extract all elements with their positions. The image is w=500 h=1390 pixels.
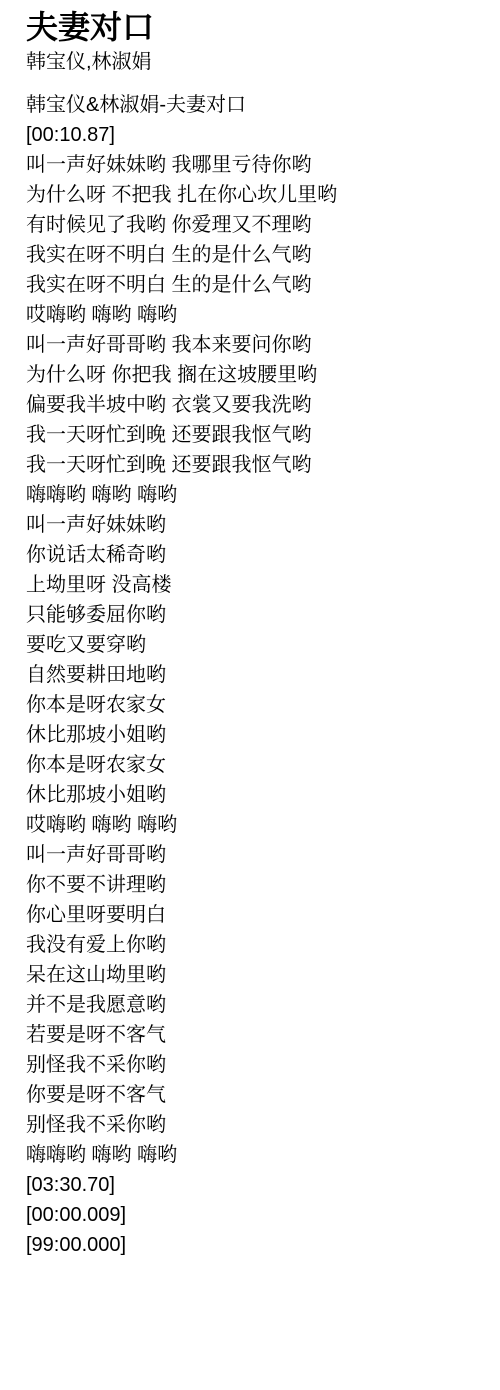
lyric-line: 别怪我不采你哟 — [26, 1050, 482, 1080]
lyric-line: 哎嗨哟 嗨哟 嗨哟 — [26, 300, 482, 330]
lyric-line: 哎嗨哟 嗨哟 嗨哟 — [26, 810, 482, 840]
lyric-line: 我一天呀忙到晚 还要跟我怄气哟 — [26, 450, 482, 480]
lyric-line: 呆在这山坳里哟 — [26, 960, 482, 990]
lyric-line: 嗨嗨哟 嗨哟 嗨哟 — [26, 1140, 482, 1170]
lyric-line: 休比那坡小姐哟 — [26, 780, 482, 810]
lyric-line: 只能够委屈你哟 — [26, 600, 482, 630]
lyric-line: 自然要耕田地哟 — [26, 660, 482, 690]
lyric-line: 你不要不讲理哟 — [26, 870, 482, 900]
lyric-line: 韩宝仪&林淑娟-夫妻对口 — [26, 90, 482, 120]
lyric-line: 休比那坡小姐哟 — [26, 720, 482, 750]
lyric-line: 叫一声好妹妹哟 我哪里亏待你哟 — [26, 150, 482, 180]
lyric-line: 你心里呀要明白 — [26, 900, 482, 930]
lyric-line: 有时候见了我哟 你爱理又不理哟 — [26, 210, 482, 240]
lyric-line: 你本是呀农家女 — [26, 690, 482, 720]
lyric-line: 为什么呀 你把我 搁在这坡腰里哟 — [26, 360, 482, 390]
lyric-line: [00:10.87] — [26, 120, 482, 150]
lyric-line: 你要是呀不客气 — [26, 1080, 482, 1110]
artist-names: 韩宝仪,林淑娟 — [26, 50, 482, 74]
lyrics-block: 韩宝仪&林淑娟-夫妻对口[00:10.87]叫一声好妹妹哟 我哪里亏待你哟为什么… — [26, 90, 482, 1260]
lyrics-page: 夫妻对口 韩宝仪,林淑娟 韩宝仪&林淑娟-夫妻对口[00:10.87]叫一声好妹… — [0, 0, 500, 1260]
lyric-line: [00:00.009] — [26, 1200, 482, 1230]
lyric-line: 嗨嗨哟 嗨哟 嗨哟 — [26, 480, 482, 510]
lyric-line: 我实在呀不明白 生的是什么气哟 — [26, 270, 482, 300]
lyric-line: 叫一声好哥哥哟 — [26, 840, 482, 870]
page-title: 夫妻对口 — [26, 8, 482, 46]
lyric-line: [03:30.70] — [26, 1170, 482, 1200]
lyric-line: 若要是呀不客气 — [26, 1020, 482, 1050]
lyric-line: 叫一声好妹妹哟 — [26, 510, 482, 540]
lyric-line: 为什么呀 不把我 扎在你心坎儿里哟 — [26, 180, 482, 210]
lyric-line: 你本是呀农家女 — [26, 750, 482, 780]
lyric-line: 你说话太稀奇哟 — [26, 540, 482, 570]
lyric-line: 叫一声好哥哥哟 我本来要问你哟 — [26, 330, 482, 360]
lyric-line: 上坳里呀 没高楼 — [26, 570, 482, 600]
lyric-line: 要吃又要穿哟 — [26, 630, 482, 660]
lyric-line: 并不是我愿意哟 — [26, 990, 482, 1020]
lyric-line: 我一天呀忙到晚 还要跟我怄气哟 — [26, 420, 482, 450]
lyric-line: 别怪我不采你哟 — [26, 1110, 482, 1140]
lyric-line: 我实在呀不明白 生的是什么气哟 — [26, 240, 482, 270]
lyric-line: [99:00.000] — [26, 1230, 482, 1260]
lyric-line: 我没有爱上你哟 — [26, 930, 482, 960]
lyric-line: 偏要我半坡中哟 衣裳又要我洗哟 — [26, 390, 482, 420]
